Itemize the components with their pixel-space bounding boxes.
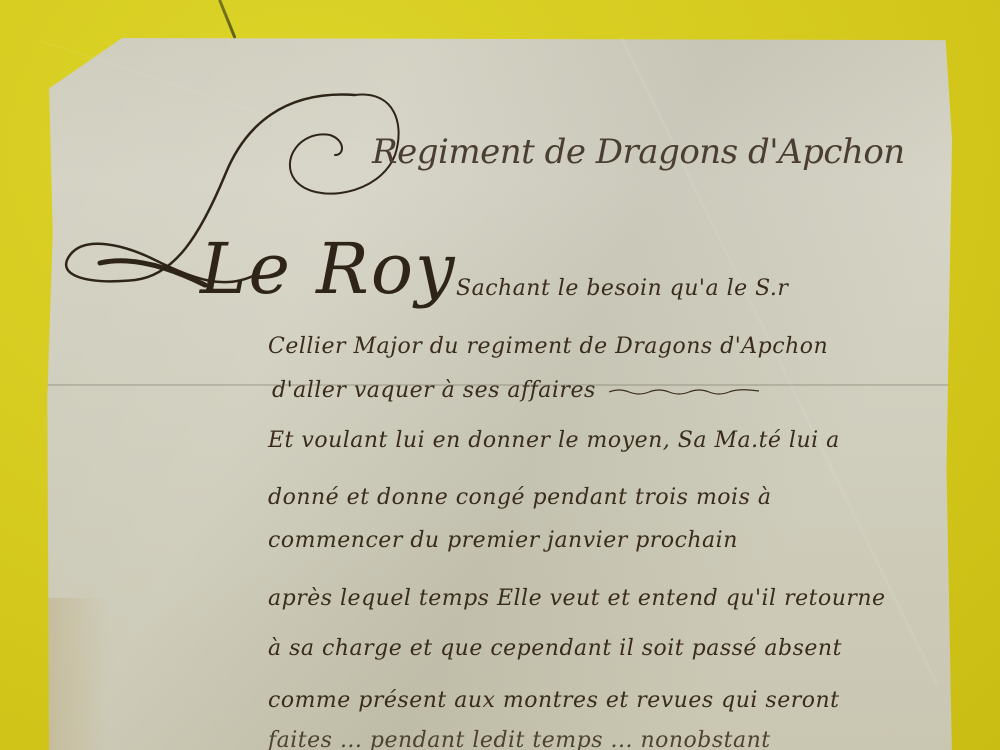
document-line-7: après lequel temps Elle veut et entend q…	[268, 586, 886, 611]
document-line-9: comme présent aux montres et revues qui …	[268, 688, 840, 713]
document-line-1: Sachant le besoin qu'a le S.r	[456, 276, 788, 301]
regiment-header: Regiment de Dragons d'Apchon	[372, 132, 905, 172]
document-line-5: donné et donne congé pendant trois mois …	[268, 485, 771, 510]
salutation-le-roy: Le Roy	[200, 228, 457, 310]
document-line-3: d'aller vaquer à ses affaires	[272, 378, 759, 403]
document-line-6: commencer du premier janvier prochain	[268, 528, 738, 553]
document-line-3-text: d'aller vaquer à ses affaires	[272, 378, 596, 403]
document-line-2: Cellier Major du regiment de Dragons d'A…	[268, 334, 828, 359]
document-line-4: Et voulant lui en donner le moyen, Sa Ma…	[268, 428, 840, 453]
document-line-10: faites ... pendant ledit temps ... nonob…	[268, 728, 771, 750]
document-line-8: à sa charge et que cependant il soit pas…	[268, 636, 842, 661]
line-filler-icon	[609, 386, 759, 396]
